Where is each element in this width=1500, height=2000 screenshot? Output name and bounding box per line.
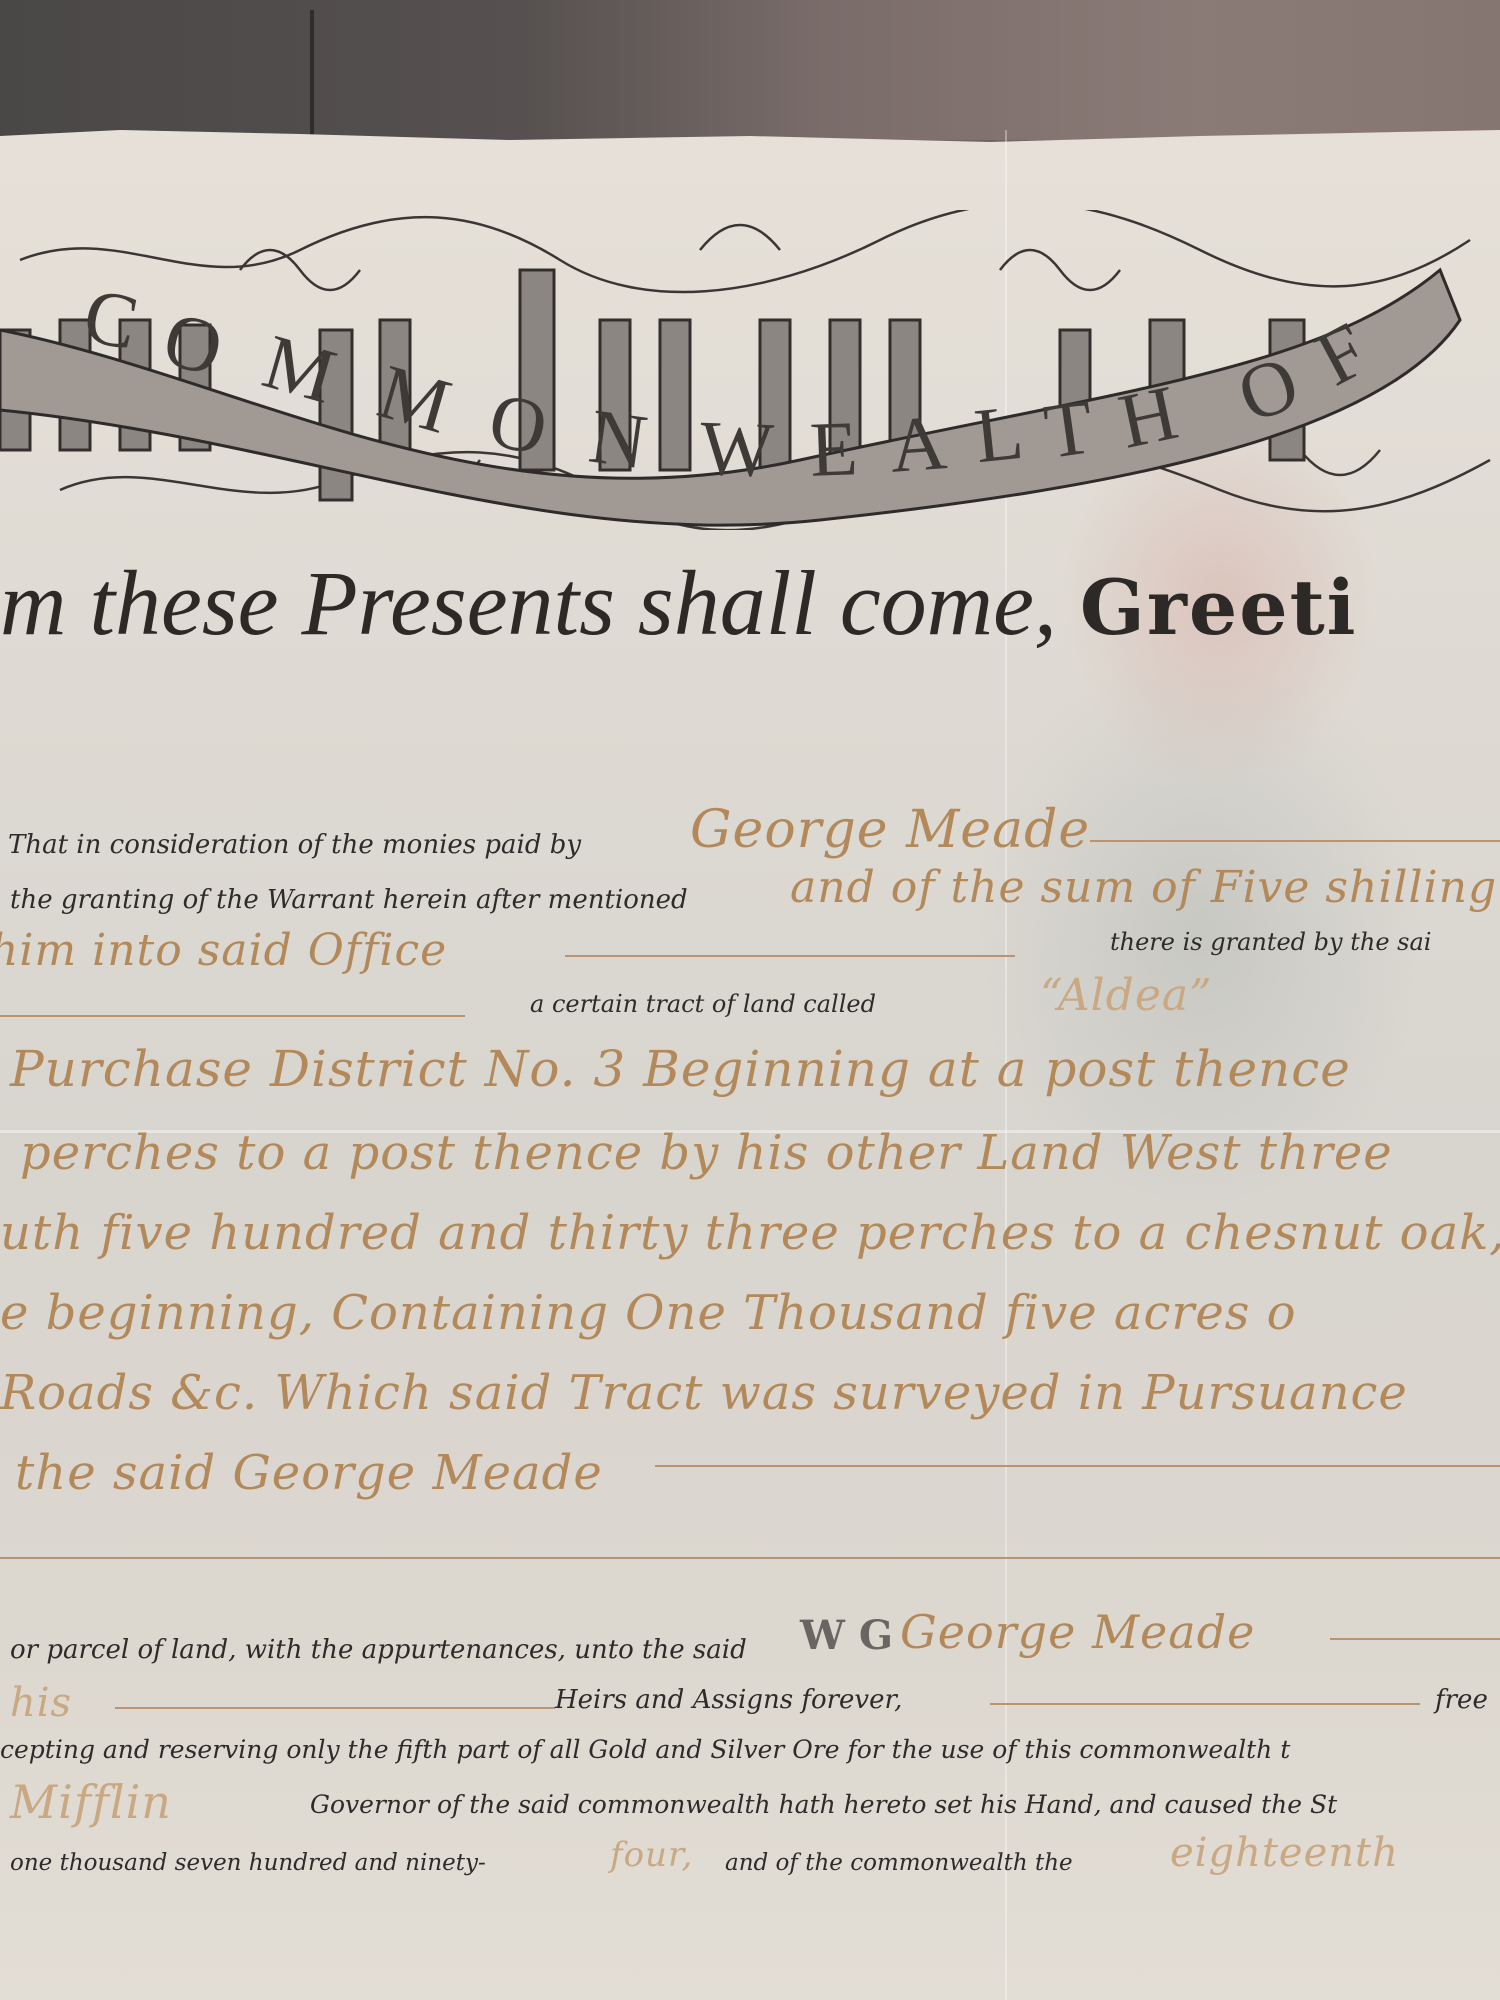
grantee-name: George Meade	[690, 800, 1090, 860]
banner-letter: L	[971, 393, 1027, 476]
printed-text: free	[1435, 1685, 1488, 1715]
handwritten-text: and of the sum of Five shilling	[790, 862, 1497, 913]
handwritten-text: four,	[610, 1835, 693, 1875]
greeting-line: m these Presents shall come, Greeti	[0, 550, 1358, 656]
printed-text: Heirs and Assigns forever,	[555, 1685, 902, 1715]
frame-background	[0, 0, 1500, 140]
printed-text: and of the commonwealth the	[725, 1850, 1073, 1876]
banner-letter: N	[585, 396, 652, 481]
printed-text: there is granted by the sai	[1110, 928, 1431, 956]
greeting-blackletter: Greeti	[1080, 563, 1358, 652]
blank-rule	[1330, 1638, 1500, 1640]
handwritten-text: uth five hundred and thirty three perche…	[0, 1205, 1500, 1261]
printed-text: Governor of the said commonwealth hath h…	[310, 1790, 1337, 1819]
governor-signature: Mifflin	[10, 1775, 172, 1829]
ink-smudge: W G	[800, 1612, 893, 1659]
banner-letter: A	[887, 403, 949, 485]
blank-rule	[0, 1015, 465, 1017]
printed-text: a certain tract of land called	[530, 990, 876, 1018]
frame-edge	[310, 10, 314, 135]
engraved-header: C O M M O N W E A L T H O F COMMONWEALTH…	[0, 210, 1500, 530]
handwritten-text: perches to a post thence by his other La…	[20, 1125, 1393, 1181]
blank-rule	[1090, 840, 1500, 842]
printed-text: That in consideration of the monies paid…	[8, 830, 581, 860]
printed-text: cepting and reserving only the fifth par…	[0, 1735, 1290, 1764]
grantee-name: George Meade	[900, 1605, 1255, 1659]
handwritten-text: Roads &c. Which said Tract was surveyed …	[0, 1365, 1408, 1421]
printed-text: one thousand seven hundred and ninety-	[10, 1850, 486, 1876]
handwritten-text: the said George Meade	[15, 1445, 603, 1501]
tract-name: “Aldea”	[1040, 970, 1213, 1021]
handwritten-text: his	[10, 1680, 72, 1726]
greeting-italic: m these Presents shall come,	[0, 552, 1057, 654]
printed-text: the granting of the Warrant herein after…	[10, 885, 688, 915]
banner-letter: E	[809, 409, 859, 489]
blank-rule	[990, 1703, 1420, 1705]
handwritten-text: eighteenth	[1170, 1830, 1399, 1876]
handwritten-text: Purchase District No. 3 Beginning at a p…	[10, 1040, 1351, 1098]
banner-letter: W	[699, 409, 775, 490]
blank-rule	[115, 1707, 555, 1709]
printed-text: or parcel of land, with the appurtenance…	[10, 1635, 747, 1665]
handwritten-text: him into said Office	[0, 925, 447, 976]
blank-rule	[655, 1465, 1500, 1467]
handwritten-text: e beginning, Containing One Thousand fiv…	[0, 1285, 1297, 1341]
blank-rule	[565, 955, 1015, 957]
blank-rule	[0, 1557, 1500, 1559]
